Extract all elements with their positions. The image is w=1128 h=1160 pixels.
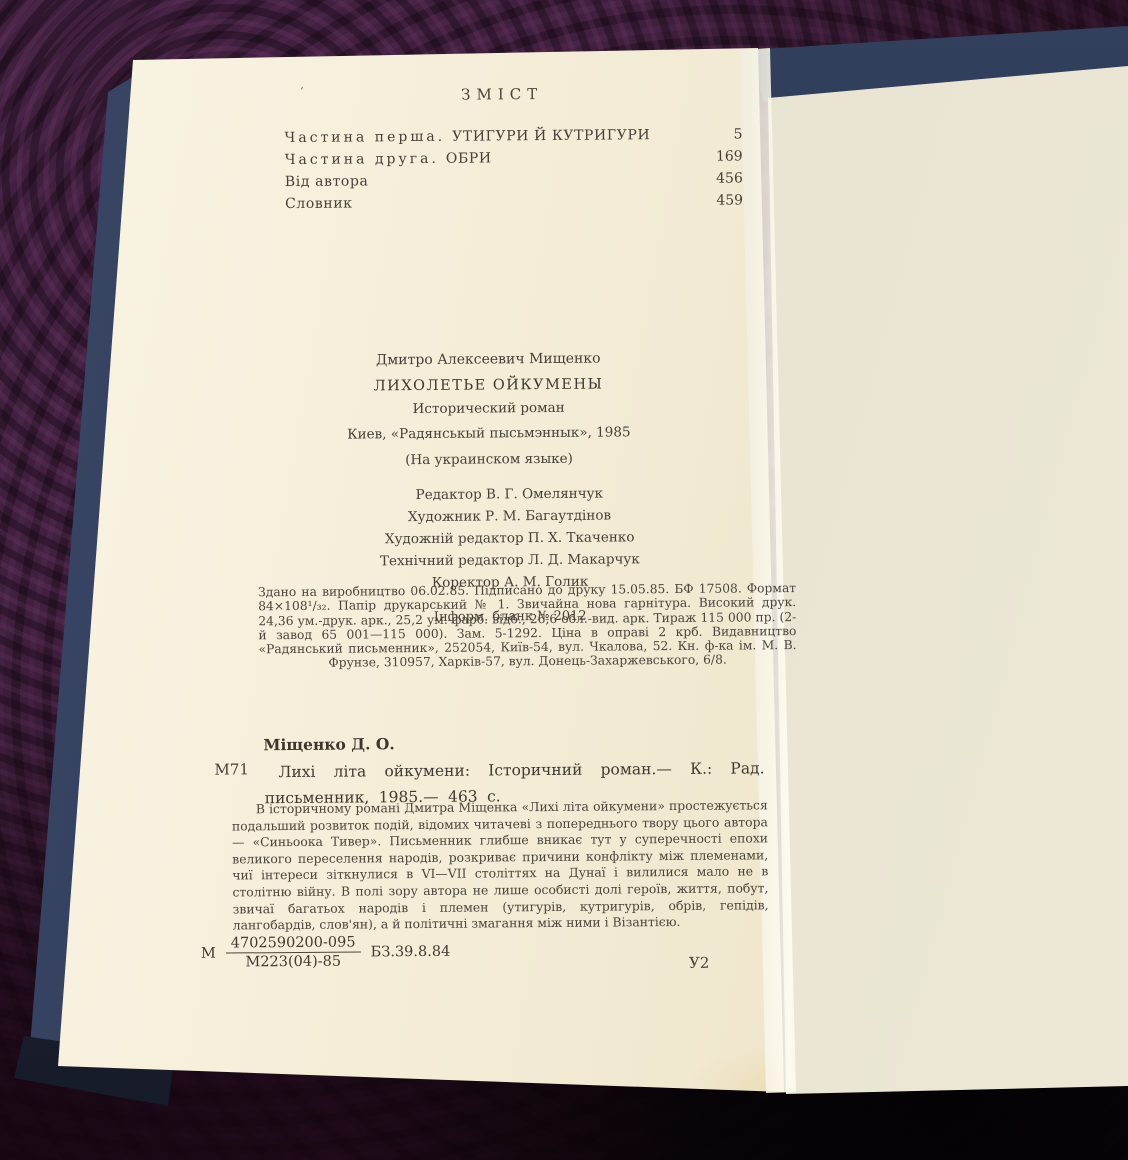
toc-page-number: 459 (708, 193, 743, 208)
catalog-fraction: 4702590200-095 М223(04)-85 (226, 934, 361, 970)
toc-part-label: Частина друга. (285, 151, 446, 168)
table-of-contents: Частина перша.УТИГУРИ Й КУТРИГУРИ 5 Част… (284, 127, 743, 219)
toc-row: Частина перша.УТИГУРИ Й КУТРИГУРИ 5 (284, 127, 742, 146)
toc-page-number: 169 (708, 149, 743, 164)
toc-chapter-title: ОБРИ (446, 150, 492, 166)
book-title: ЛИХОЛЕТЬЕ ОЙКУМЕНЫ (238, 375, 738, 395)
toc-chapter-title: УТИГУРИ Й КУТРИГУРИ (452, 127, 650, 145)
imprint-line: Киев, «Радянськый пысьмэннык», 1985 (239, 423, 739, 443)
catalog-numerator: 4702590200-095 (226, 934, 361, 953)
author-name: Дмитро Алексеевич Мищенко (238, 349, 738, 369)
card-annotation: В історичному романі Дмитра Міщенка «Лих… (232, 797, 769, 934)
toc-chapter-title: Від автора (285, 173, 369, 190)
toc-chapter-title: Словник (285, 196, 353, 213)
udc-corner-mark: У2 (689, 954, 710, 972)
book-subtitle: Исторический роман (239, 398, 739, 418)
language-note: (На украинском языке) (239, 449, 739, 469)
toc-row: Від автора 456 (285, 171, 743, 190)
card-author-line: Міщенко Д. О. (263, 734, 395, 754)
toc-row: Словник 459 (285, 193, 743, 212)
book-photo: ʻ ЗМІСТ Частина перша.УТИГУРИ Й КУТРИГУР… (0, 0, 1128, 1160)
printed-text-layer: ʻ ЗМІСТ Частина перша.УТИГУРИ Й КУТРИГУР… (0, 0, 1128, 1160)
card-index-code: М71 (214, 760, 249, 778)
toc-page-number: 456 (708, 171, 743, 186)
toc-part-label: Частина перша. (284, 129, 452, 146)
colophon-paragraph: Здано на виробництво 06.02.85. Підписано… (258, 581, 797, 671)
catalog-prefix: М (201, 945, 216, 961)
catalog-denominator: М223(04)-85 (226, 952, 361, 970)
toc-header: ЗМІСТ (282, 84, 722, 105)
toc-page-number: 5 (726, 127, 743, 142)
toc-row: Частина друга.ОБРИ 169 (285, 149, 743, 168)
catalog-code-block: М 4702590200-095 М223(04)-85 БЗ.39.8.84 (201, 934, 451, 971)
catalog-bbk-code: БЗ.39.8.84 (371, 943, 451, 960)
title-block: Дмитро Алексеевич Мищенко ЛИХОЛЕТЬЕ ОЙКУ… (238, 349, 739, 469)
